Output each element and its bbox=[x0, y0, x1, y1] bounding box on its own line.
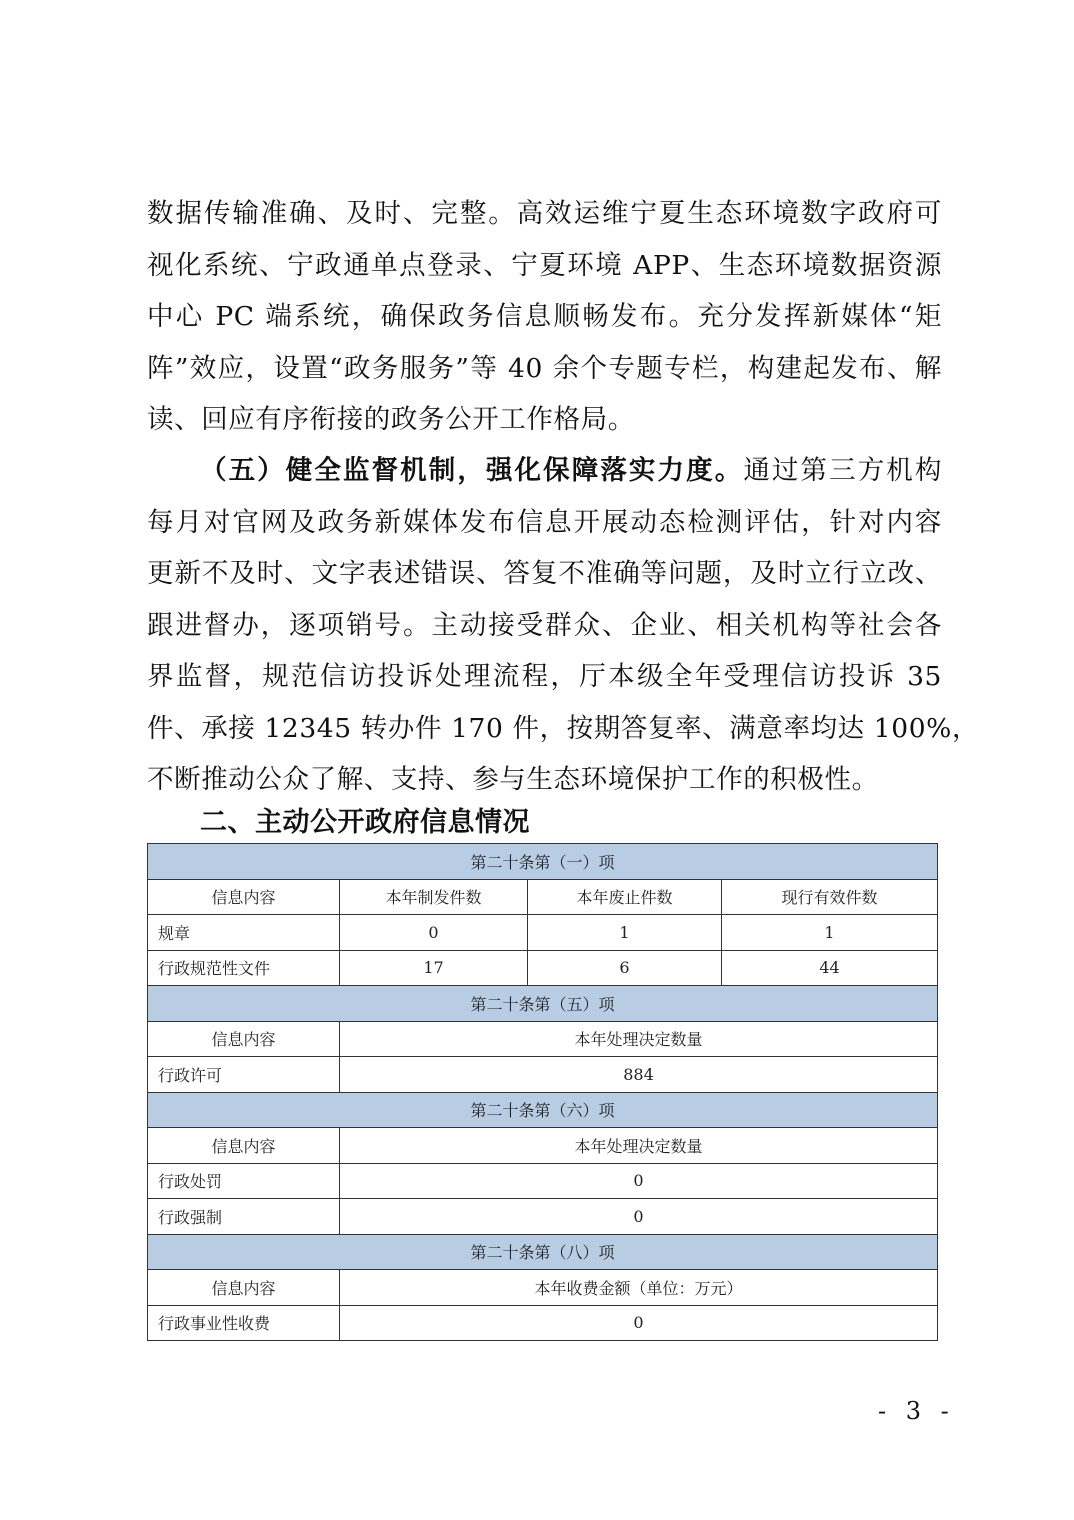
table-cell: 0 bbox=[340, 1305, 938, 1341]
column-header: 本年处理决定数量 bbox=[340, 1021, 938, 1057]
table-cell: 0 bbox=[340, 915, 528, 951]
text-line: 不断推动公众了解、支持、参与生态环境保护工作的积极性。 bbox=[147, 754, 942, 806]
table-header-row: 信息内容 本年处理决定数量 bbox=[148, 1128, 938, 1164]
subsection-heading: （五）健全监督机制，强化保障落实力度。 bbox=[200, 455, 743, 486]
text-line: 界监督，规范信访投诉处理流程，厅本级全年受理信访投诉 35 bbox=[147, 651, 942, 703]
section-title: 第二十条第（六）项 bbox=[148, 1092, 938, 1128]
row-label: 行政强制 bbox=[148, 1199, 340, 1235]
column-header: 本年制发件数 bbox=[340, 879, 528, 915]
text-line: 每月对官网及政务新媒体发布信息开展动态检测评估，针对内容 bbox=[147, 497, 942, 549]
section-title: 第二十条第（五）项 bbox=[148, 986, 938, 1022]
text-line: （五）健全监督机制，强化保障落实力度。通过第三方机构 bbox=[147, 445, 942, 497]
column-header: 本年收费金额（单位：万元） bbox=[340, 1270, 938, 1306]
table-header-row: 信息内容 本年收费金额（单位：万元） bbox=[148, 1270, 938, 1306]
section-title: 第二十条第（一）项 bbox=[148, 844, 938, 880]
section-title: 第二十条第（八）项 bbox=[148, 1234, 938, 1270]
section-heading: 二、主动公开政府信息情况 bbox=[200, 800, 530, 839]
column-header: 本年处理决定数量 bbox=[340, 1128, 938, 1164]
disclosure-table: 第二十条第（一）项 信息内容 本年制发件数 本年废止件数 现行有效件数 规章 0… bbox=[147, 843, 938, 1341]
row-label: 行政处罚 bbox=[148, 1163, 340, 1199]
paragraph-supervision-mechanism: （五）健全监督机制，强化保障落实力度。通过第三方机构 每月对官网及政务新媒体发布… bbox=[147, 445, 942, 806]
table-cell: 1 bbox=[528, 915, 722, 951]
column-header: 信息内容 bbox=[148, 879, 340, 915]
row-label: 行政许可 bbox=[148, 1057, 340, 1093]
text-line: 更新不及时、文字表述错误、答复不准确等问题，及时立行立改、 bbox=[147, 548, 942, 600]
text-line: 件、承接 12345 转办件 170 件，按期答复率、满意率均达 100%， bbox=[147, 703, 942, 755]
table-header-row: 信息内容 本年处理决定数量 bbox=[148, 1021, 938, 1057]
column-header: 信息内容 bbox=[148, 1270, 340, 1306]
table-cell: 884 bbox=[340, 1057, 938, 1093]
text-line: 阵”效应，设置“政务服务”等 40 余个专题专栏，构建起发布、解 bbox=[147, 343, 942, 395]
table-cell: 44 bbox=[722, 950, 938, 986]
column-header: 本年废止件数 bbox=[528, 879, 722, 915]
table-row: 行政许可 884 bbox=[148, 1057, 938, 1093]
table-cell: 0 bbox=[340, 1163, 938, 1199]
text-run: 通过第三方机构 bbox=[743, 455, 942, 486]
table-section-header: 第二十条第（六）项 bbox=[148, 1092, 938, 1128]
text-line: 中心 PC 端系统，确保政务信息顺畅发布。充分发挥新媒体“矩 bbox=[147, 291, 942, 343]
text-line: 视化系统、宁政通单点登录、宁夏环境 APP、生态环境数据资源 bbox=[147, 240, 942, 292]
table-cell: 17 bbox=[340, 950, 528, 986]
table-section-header: 第二十条第（一）项 bbox=[148, 844, 938, 880]
row-label: 行政事业性收费 bbox=[148, 1305, 340, 1341]
table-cell: 0 bbox=[340, 1199, 938, 1235]
column-header: 信息内容 bbox=[148, 1128, 340, 1164]
table-row: 规章 0 1 1 bbox=[148, 915, 938, 951]
table-row: 行政规范性文件 17 6 44 bbox=[148, 950, 938, 986]
column-header: 信息内容 bbox=[148, 1021, 340, 1057]
text-line: 数据传输准确、及时、完整。高效运维宁夏生态环境数字政府可 bbox=[147, 188, 942, 240]
table-section-header: 第二十条第（八）项 bbox=[148, 1234, 938, 1270]
table-cell: 1 bbox=[722, 915, 938, 951]
column-header: 现行有效件数 bbox=[722, 879, 938, 915]
table-row: 行政强制 0 bbox=[148, 1199, 938, 1235]
text-line: 读、回应有序衔接的政务公开工作格局。 bbox=[147, 394, 942, 446]
text-line: 跟进督办，逐项销号。主动接受群众、企业、相关机构等社会各 bbox=[147, 600, 942, 652]
table-header-row: 信息内容 本年制发件数 本年废止件数 现行有效件数 bbox=[148, 879, 938, 915]
row-label: 规章 bbox=[148, 915, 340, 951]
table-cell: 6 bbox=[528, 950, 722, 986]
page-number: - 3 - bbox=[878, 1397, 955, 1425]
table-row: 行政事业性收费 0 bbox=[148, 1305, 938, 1341]
table-row: 行政处罚 0 bbox=[148, 1163, 938, 1199]
row-label: 行政规范性文件 bbox=[148, 950, 340, 986]
paragraph-platform-operations: 数据传输准确、及时、完整。高效运维宁夏生态环境数字政府可 视化系统、宁政通单点登… bbox=[147, 188, 942, 446]
table-section-header: 第二十条第（五）项 bbox=[148, 986, 938, 1022]
